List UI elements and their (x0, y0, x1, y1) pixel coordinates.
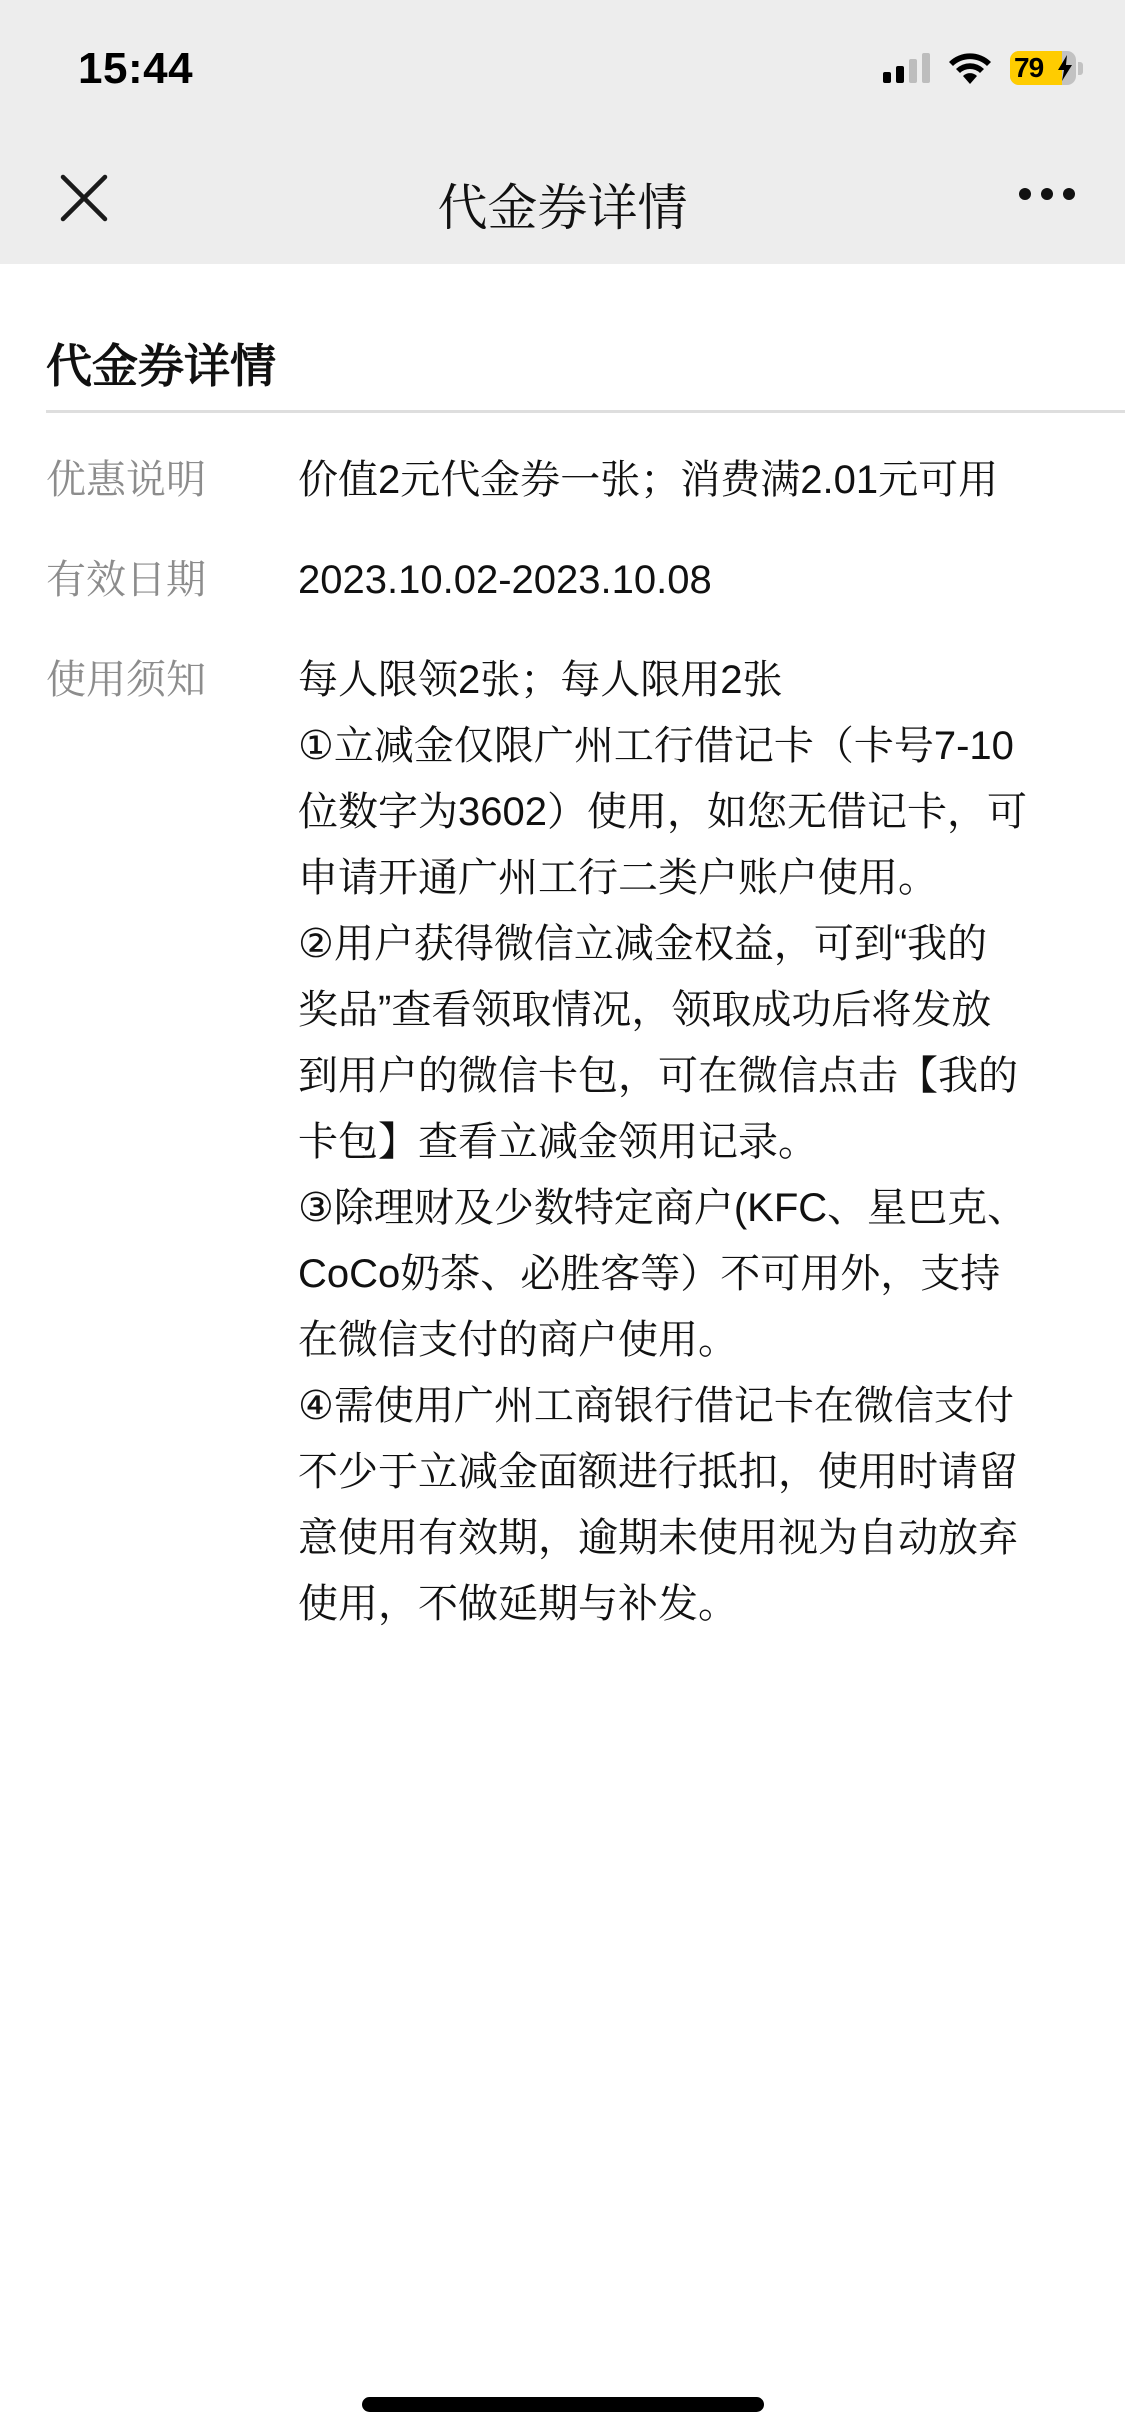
detail-row-validity: 有效日期 2023.10.02-2023.10.08 (46, 547, 1086, 613)
note-line: 使用，不做延期与补发。 (298, 1571, 1086, 1637)
note-line: 位数字为3602）使用，如您无借记卡，可 (298, 779, 1086, 845)
note-line: ②用户获得微信立减金权益，可到“我的 (298, 911, 1086, 977)
cellular-signal-icon (883, 53, 930, 83)
note-line: CoCo奶茶、必胜客等）不可用外，支持 (298, 1241, 1086, 1307)
note-line: 在微信支付的商户使用。 (298, 1307, 1086, 1373)
divider (46, 410, 1125, 413)
detail-row-discount: 优惠说明 价值2元代金券一张；消费满2.01元可用 (46, 447, 1086, 513)
note-line: 卡包】查看立减金领用记录。 (298, 1109, 1086, 1175)
note-line: 到用户的微信卡包，可在微信点击【我的 (298, 1043, 1086, 1109)
detail-label: 使用须知 (46, 647, 298, 1637)
detail-value: 2023.10.02-2023.10.08 (298, 547, 1086, 613)
note-line: 奖品”查看领取情况，领取成功后将发放 (298, 977, 1086, 1043)
note-line: 申请开通广州工行二类户账户使用。 (298, 845, 1086, 911)
section-title: 代金券详情 (46, 330, 276, 396)
status-time: 15:44 (78, 44, 193, 94)
detail-label: 有效日期 (46, 547, 298, 613)
status-icons: 79 (883, 48, 1083, 88)
battery-level: 79 (1014, 51, 1043, 85)
wifi-icon (948, 51, 992, 85)
home-indicator[interactable] (362, 2397, 764, 2412)
navigation-bar: 代金券详情 (0, 150, 1125, 246)
battery-charging-icon: 79 (1010, 51, 1083, 85)
more-dots-icon (1019, 188, 1031, 200)
page-title: 代金券详情 (0, 168, 1125, 240)
charging-bolt-icon (1057, 55, 1073, 81)
detail-row-notes: 使用须知 每人限领2张；每人限用2张 ①立减金仅限广州工行借记卡（卡号7-10 … (46, 647, 1086, 1637)
note-line: 每人限领2张；每人限用2张 (298, 647, 1086, 713)
note-line: 不少于立减金面额进行抵扣，使用时请留 (298, 1439, 1086, 1505)
note-line: 意使用有效期，逾期未使用视为自动放弃 (298, 1505, 1086, 1571)
note-line: ③除理财及少数特定商户(KFC、星巴克、 (298, 1175, 1086, 1241)
top-bar: 15:44 79 (0, 0, 1125, 264)
detail-label: 优惠说明 (46, 447, 298, 513)
note-line: ④需使用广州工商银行借记卡在微信支付 (298, 1373, 1086, 1439)
note-line: ①立减金仅限广州工行借记卡（卡号7-10 (298, 713, 1086, 779)
usage-notes: 每人限领2张；每人限用2张 ①立减金仅限广州工行借记卡（卡号7-10 位数字为3… (298, 647, 1086, 1637)
more-button[interactable] (1019, 188, 1075, 200)
detail-value: 价值2元代金券一张；消费满2.01元可用 (298, 447, 1086, 513)
